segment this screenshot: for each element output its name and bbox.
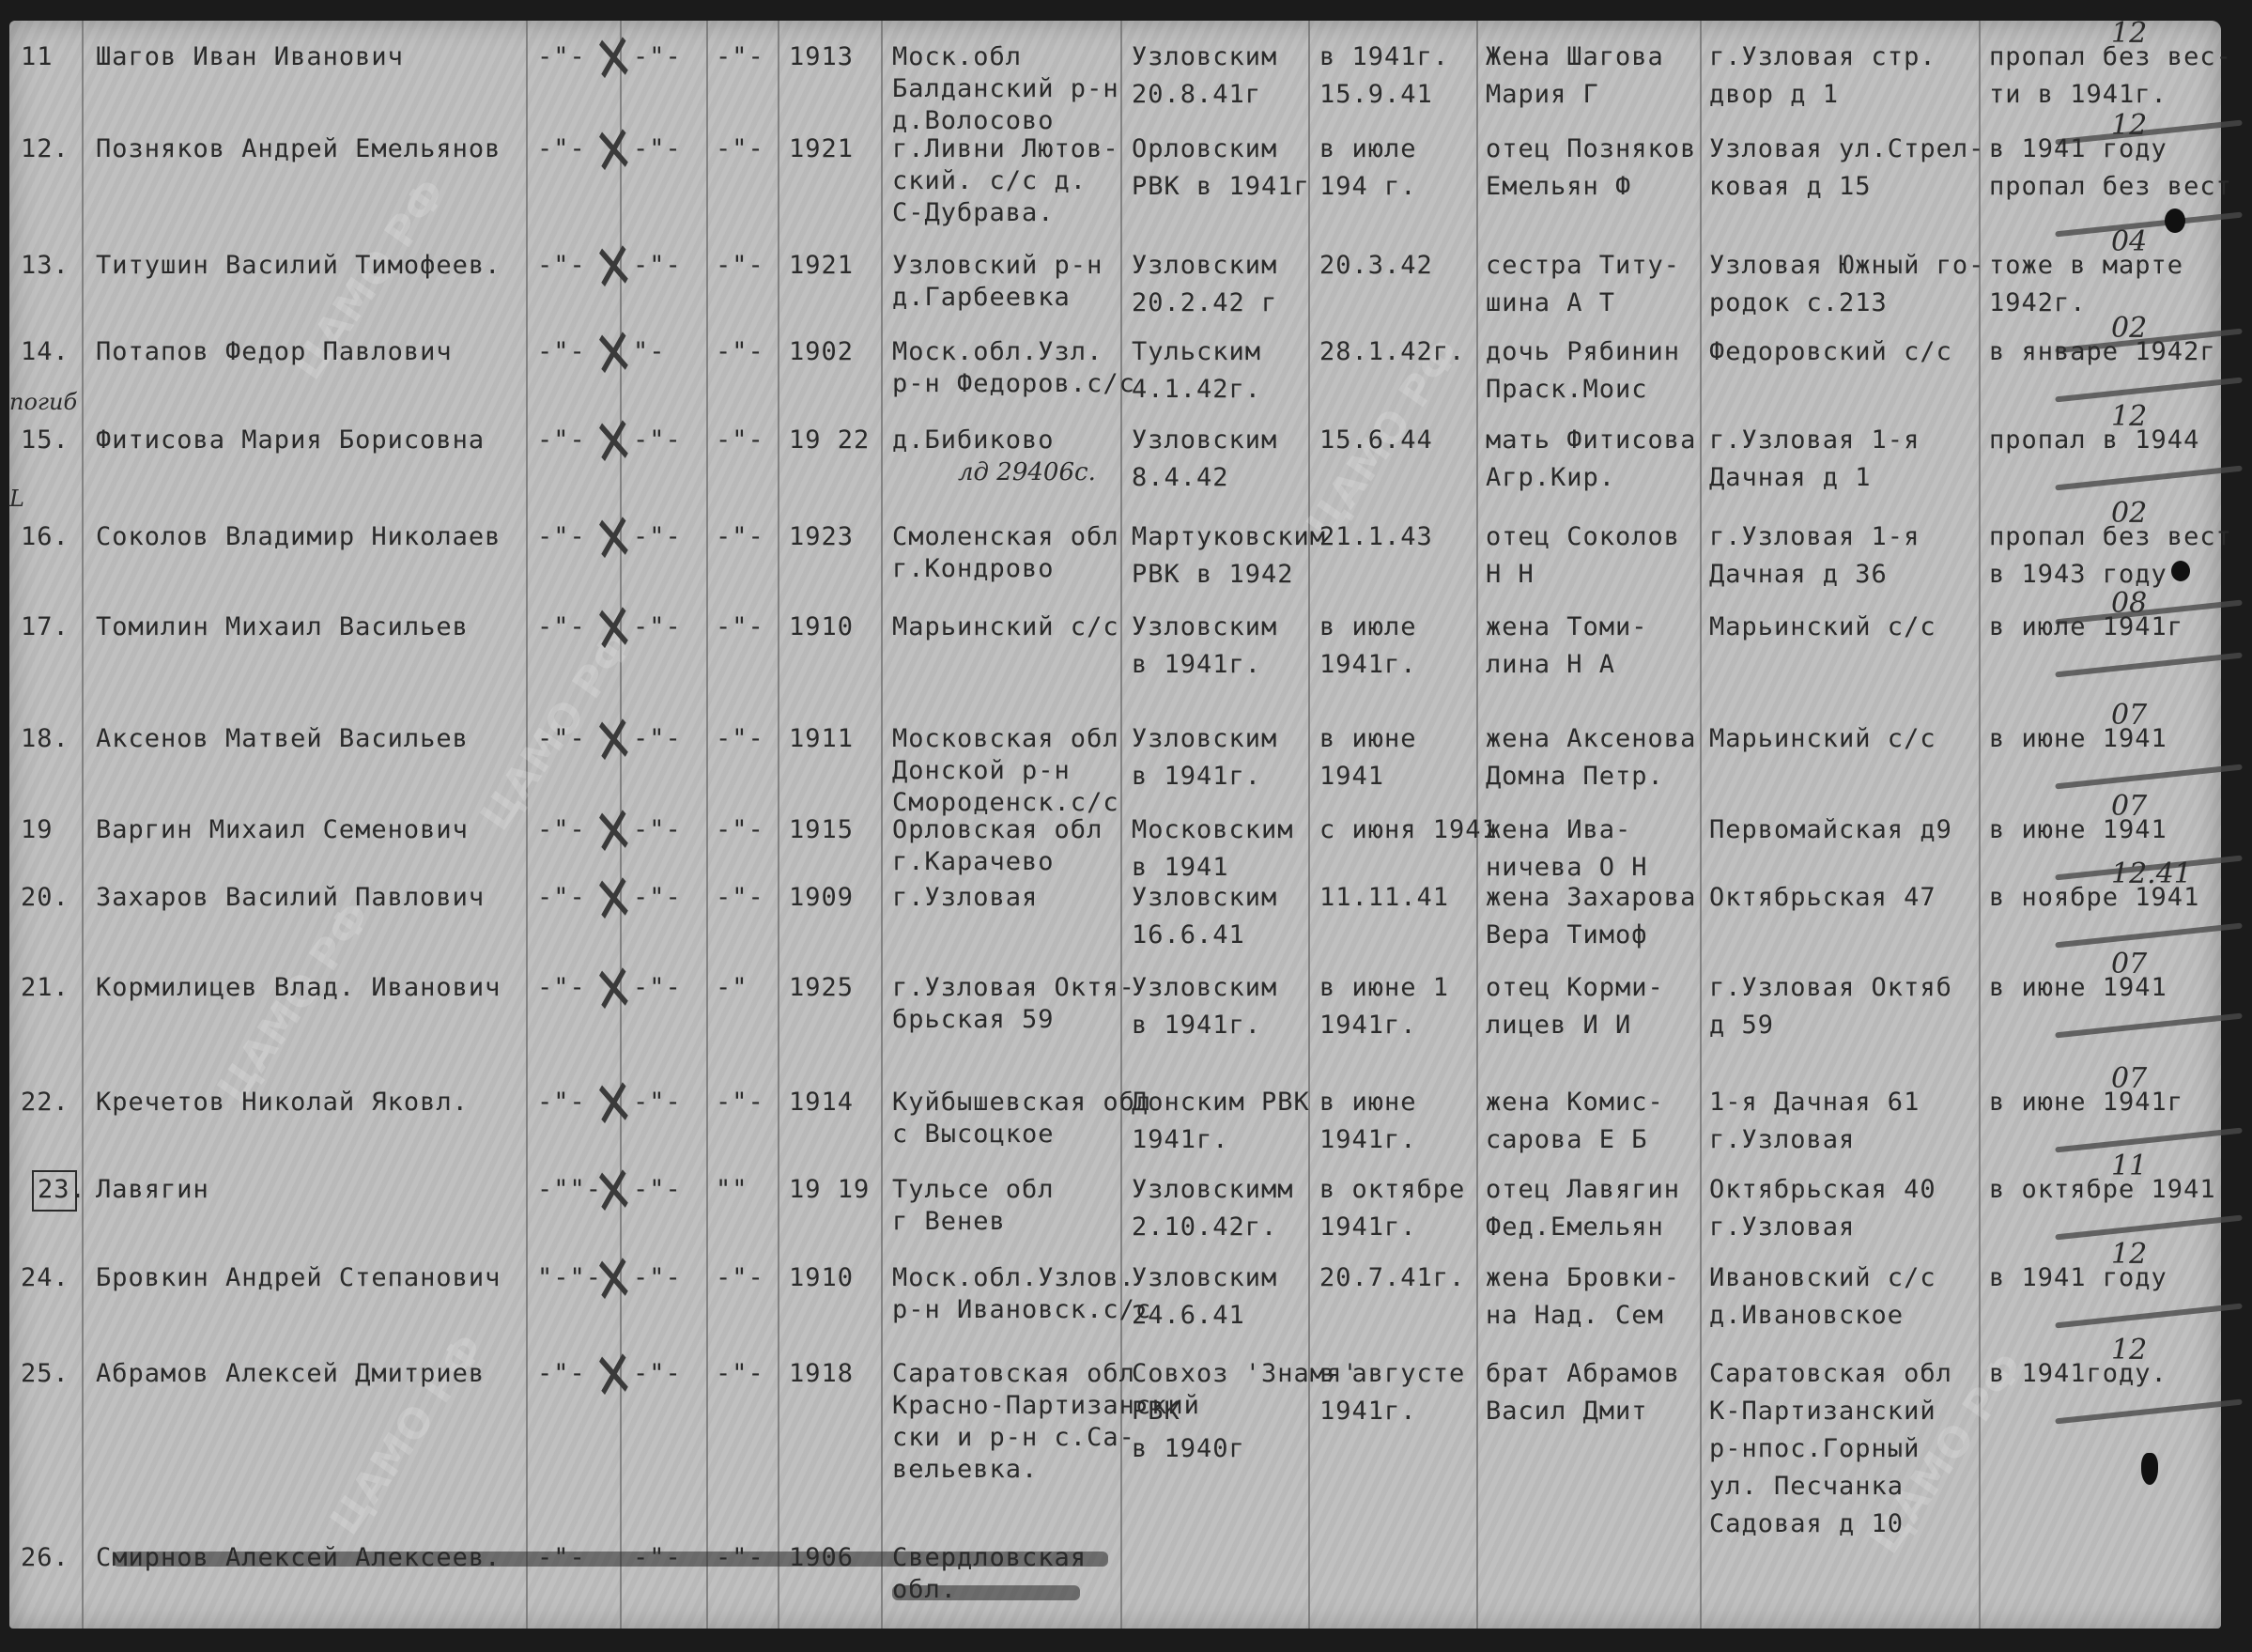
birth-year: 19 22 (789, 426, 870, 455)
birthplace-line: Куйбышевская обл (892, 1088, 1151, 1117)
ditto-mark: "" (716, 1176, 748, 1204)
birthplace-line: Балданский р-н (892, 75, 1119, 103)
ditto-mark: -"- (716, 725, 764, 753)
row-number: 22. (21, 1088, 69, 1117)
drafted-by-line: в 1941г. (1132, 651, 1261, 679)
cross-mark-icon: ✕ (593, 504, 620, 575)
drafted-by-line: РВК в 1941г (1132, 173, 1310, 201)
pencil-underline (2055, 764, 2243, 790)
relative-line: дочь Рябинин (1486, 338, 1680, 366)
ditto-mark: -"- (537, 725, 586, 753)
column-rule (1700, 21, 1702, 1629)
ditto-mark: -"- (716, 613, 764, 641)
birth-year: 1910 (789, 1264, 854, 1292)
drafted-by-line: в 1941 (1132, 854, 1229, 882)
ditto-mark: -"- (537, 1088, 586, 1117)
handwritten-month: 02 (2111, 497, 2147, 530)
row-number: 24. (21, 1264, 69, 1292)
address-line: д.Ивановское (1709, 1302, 1904, 1330)
address-line: Марьинский с/с (1709, 613, 1936, 641)
drafted-by-line: Узловскимм (1132, 1176, 1294, 1204)
ditto-mark: -"- (716, 1088, 764, 1117)
cross-mark-icon: ✕ (593, 594, 620, 665)
fate-line: 1942г. (1989, 289, 2087, 317)
drafted-by-line: в 1941г. (1132, 1011, 1261, 1040)
relative-line: брат Абрамов (1486, 1360, 1680, 1388)
ditto-mark: -"- (716, 135, 764, 163)
drafted-by-line: Узловским (1132, 1264, 1277, 1292)
birthplace-line: вельевка. (892, 1456, 1038, 1484)
birthplace-line: Саратовская обл (892, 1360, 1135, 1388)
drafted-by-line: Узловским (1132, 884, 1277, 912)
row-number: 15. (21, 426, 69, 455)
cross-mark-icon: ✕ (593, 319, 620, 390)
relative-line: Васил Дмит (1486, 1397, 1648, 1426)
relative-line: Агр.Кир. (1486, 464, 1615, 492)
ditto-mark: -"- (537, 338, 586, 366)
birthplace-line: г.Карачево (892, 848, 1055, 876)
drafted-by-line: 8.4.42 (1132, 464, 1229, 492)
date-lost-line: 20.7.41г. (1319, 1264, 1465, 1292)
birthplace-line: брьская 59 (892, 1006, 1055, 1034)
address-line: Федоровский с/с (1709, 338, 1952, 366)
ditto-mark: -"- (716, 816, 764, 844)
ditto-mark: -"- (537, 816, 586, 844)
birthplace-line: ски и р-н с.Са- (892, 1424, 1135, 1452)
ditto-mark: "- (633, 338, 666, 366)
fate-line: ти в 1941г. (1989, 81, 2167, 109)
archive-watermark: ЦАМО РФ (208, 894, 381, 1112)
birth-year: 1923 (789, 523, 854, 551)
paper-hole (2171, 561, 2190, 581)
date-lost-line: 1941г. (1319, 1213, 1417, 1242)
date-lost-line: в июле (1319, 135, 1417, 163)
ditto-mark: -"- (633, 1176, 682, 1204)
ditto-mark: -"- (633, 1264, 682, 1292)
person-name: Варгин Михаил Семенович (96, 816, 469, 844)
birthplace-line: д.Бибиково (892, 426, 1055, 455)
birthplace-line: р-н Ивановск.с/с (892, 1296, 1151, 1324)
pencil-underline (2055, 212, 2243, 238)
ditto-mark: -"- (633, 1360, 682, 1388)
drafted-by-line: 16.6.41 (1132, 921, 1245, 950)
date-lost-line: 28.1.42г. (1319, 338, 1465, 366)
birthplace-line: Моск.обл (892, 43, 1022, 71)
handwritten-month: 12 (2111, 1238, 2147, 1271)
address-line: Октябрьская 40 (1709, 1176, 1936, 1204)
ditto-mark: -"- (716, 426, 764, 455)
handwritten-month: 12.41 (2111, 857, 2192, 890)
date-lost-line: с июня 1941 (1319, 816, 1498, 844)
row-number: 18. (21, 725, 69, 753)
ditto-mark: -"- (633, 974, 682, 1002)
person-name: Потапов Федор Павлович (96, 338, 453, 366)
relative-line: шина А Т (1486, 289, 1615, 317)
ditto-mark: -"- (633, 426, 682, 455)
drafted-by-line: РВК (1132, 1397, 1180, 1426)
drafted-by-line: РВК в 1942 (1132, 561, 1294, 589)
relative-line: мать Фитисова (1486, 426, 1696, 455)
birth-year: 1910 (789, 613, 854, 641)
birth-year: 1915 (789, 816, 854, 844)
ditto-mark: -"- (633, 884, 682, 912)
birthplace-line: д.Гарбеевка (892, 284, 1071, 312)
cross-mark-icon: ✕ (593, 24, 620, 95)
ditto-mark: -"- (633, 523, 682, 551)
birth-year: 1925 (789, 974, 854, 1002)
address-line: г.Узловая Октяб (1709, 974, 1952, 1002)
date-lost-line: в октябре (1319, 1176, 1465, 1204)
drafted-by-line: Тульским (1132, 338, 1261, 366)
cross-mark-icon: ✕ (593, 797, 620, 868)
birthplace-line: с Высоцкое (892, 1120, 1055, 1149)
person-name: Фитисова Мария Борисовна (96, 426, 485, 455)
birthplace-line: г.Ливни Лютов- (892, 135, 1119, 163)
birthplace-line: Моск.обл.Узлов. (892, 1264, 1135, 1292)
ditto-mark: -"- (716, 1360, 764, 1388)
cross-mark-icon: ✕ (593, 408, 620, 478)
row-number: 20. (21, 884, 69, 912)
relative-line: ничева О Н (1486, 854, 1648, 882)
relative-line: жена Бровки- (1486, 1264, 1680, 1292)
date-lost-line: в июне (1319, 725, 1417, 753)
address-line: двор д 1 (1709, 81, 1839, 109)
birthplace-line: Смороденск.с/с (892, 789, 1119, 817)
cross-mark-icon: ✕ (593, 233, 620, 303)
fate-line: в январе 1942г (1989, 338, 2216, 366)
relative-line: отец Позняков (1486, 135, 1696, 163)
handwritten-month: 12 (2111, 1334, 2147, 1366)
address-line: Октябрьская 47 (1709, 884, 1936, 912)
drafted-by-line: Узловским (1132, 725, 1277, 753)
ditto-mark: -"- (716, 884, 764, 912)
date-lost-line: 1941г. (1319, 1011, 1417, 1040)
margin-note: L (9, 486, 24, 512)
address-line: д 59 (1709, 1011, 1774, 1040)
relative-line: Вера Тимоф (1486, 921, 1648, 950)
address-line: Марьинский с/с (1709, 725, 1936, 753)
ditto-mark: -"- (716, 523, 764, 551)
cross-mark-icon: ✕ (593, 706, 620, 777)
relative-line: жена Комис- (1486, 1088, 1664, 1117)
fate-line: в 1943 году (1989, 561, 2167, 589)
address-line: Первомайская д9 (1709, 816, 1952, 844)
ditto-mark: -"- (633, 135, 682, 163)
handwritten-month: 07 (2111, 1062, 2147, 1095)
row-number: 16. (21, 523, 69, 551)
relative-line: Емельян Ф (1486, 173, 1631, 201)
date-lost-line: 15.6.44 (1319, 426, 1433, 455)
drafted-by-line: Узловским (1132, 426, 1277, 455)
birthplace-line: Смоленская обл (892, 523, 1119, 551)
ditto-mark: -"- (537, 252, 586, 280)
relative-line: сестра Титу- (1486, 252, 1680, 280)
drafted-by-line: Московским (1132, 816, 1294, 844)
person-name: Томилин Михаил Васильев (96, 613, 469, 641)
cross-mark-icon: ✕ (593, 865, 620, 935)
relative-line: сарова Е Б (1486, 1126, 1648, 1154)
birthplace-line: г.Кондрово (892, 555, 1055, 583)
relative-line: жена Захарова (1486, 884, 1696, 912)
pencil-underline (2055, 1304, 2243, 1329)
ditto-mark: -"- (537, 135, 586, 163)
drafted-by-line: 20.2.42 г (1132, 289, 1277, 317)
ditto-mark: -"- (537, 613, 586, 641)
paper-hole (2141, 1453, 2158, 1485)
ditto-mark: -"- (716, 252, 764, 280)
drafted-by-line: в 1940г (1132, 1435, 1245, 1463)
birthplace-line: Тульсе обл (892, 1176, 1055, 1204)
address-line: г.Узловая стр. (1709, 43, 1936, 71)
ditto-mark: -"- (633, 725, 682, 753)
fate-line: пропал без вест (1989, 173, 2232, 201)
row-number: 12. (21, 135, 69, 163)
birth-year: 1921 (789, 252, 854, 280)
pencil-underline (2055, 378, 2243, 403)
ditto-mark: -" (716, 974, 748, 1002)
drafted-by-line: Мартуковским (1132, 523, 1326, 551)
date-lost-line: в июне 1 (1319, 974, 1449, 1002)
birthplace-line: г Венев (892, 1208, 1006, 1236)
date-lost-line: 1941г. (1319, 1126, 1417, 1154)
drafted-by-line: 20.8.41г (1132, 81, 1261, 109)
address-line: Ивановский с/с (1709, 1264, 1936, 1292)
fate-line: пропал в 1944 (1989, 426, 2199, 455)
relative-line: Жена Шагова (1486, 43, 1664, 71)
drafted-by-line: 4.1.42г. (1132, 376, 1261, 404)
cross-mark-icon: ✕ (593, 1070, 620, 1140)
birth-year: 1913 (789, 43, 854, 71)
row-number: 13. (21, 252, 69, 280)
birth-year: 1918 (789, 1360, 854, 1388)
ditto-mark: -"- (716, 43, 764, 71)
drafted-by-line: Узловским (1132, 613, 1277, 641)
ditto-mark: -"- (537, 1360, 586, 1388)
ditto-mark: -"- (716, 1264, 764, 1292)
person-name: Кречетов Николай Яковл. (96, 1088, 469, 1117)
birthplace-line: д.Волосово (892, 107, 1055, 135)
relative-line: Домна Петр. (1486, 763, 1664, 791)
address-line: г.Узловая (1709, 1213, 1855, 1242)
handwritten-month: 12 (2111, 17, 2147, 50)
relative-line: отец Лавягин (1486, 1176, 1680, 1204)
address-line: Садовая д 10 (1709, 1510, 1904, 1538)
strikethrough (113, 1552, 1108, 1567)
drafted-by-line: Узловским (1132, 252, 1277, 280)
person-name: Титушин Василий Тимофеев. (96, 252, 501, 280)
handwritten-month: 04 (2111, 225, 2147, 258)
handwritten-month: 08 (2111, 587, 2147, 620)
date-lost-line: 21.1.43 (1319, 523, 1433, 551)
date-lost-line: 11.11.41 (1319, 884, 1449, 912)
fate-line: в июле 1941г (1989, 613, 2183, 641)
cross-mark-icon: ✕ (593, 1157, 620, 1227)
column-rule (82, 21, 84, 1629)
margin-note: погиб (9, 389, 77, 415)
date-lost-line: в июне (1319, 1088, 1417, 1117)
birthplace-line: г.Узловая Октя- (892, 974, 1135, 1002)
address-line: г.Узловая 1-я (1709, 426, 1920, 455)
person-name: Бровкин Андрей Степанович (96, 1264, 501, 1292)
address-line: К-Партизанский (1709, 1397, 1936, 1426)
document-page: ЦАМО РФ ЦАМО РФ ЦАМО РФ ЦАМО РФ ЦАМО РФ … (9, 21, 2221, 1629)
relative-line: жена Ива- (1486, 816, 1631, 844)
drafted-by-line: Орловским (1132, 135, 1277, 163)
birthplace-line: Моск.обл.Узл. (892, 338, 1103, 366)
handwritten-note: лд 29406с. (958, 458, 1096, 486)
date-lost-line: 20.3.42 (1319, 252, 1433, 280)
drafted-by-line: 24.6.41 (1132, 1302, 1245, 1330)
birthplace-line: Московская обл (892, 725, 1119, 753)
date-lost-line: 1941г. (1319, 651, 1417, 679)
address-line: г.Узловая (1709, 1126, 1855, 1154)
birth-year: 1902 (789, 338, 854, 366)
handwritten-month: 07 (2111, 790, 2147, 823)
cross-mark-icon: ✕ (593, 1341, 620, 1412)
birth-year: 1921 (789, 135, 854, 163)
address-line: Саратовская обл (1709, 1360, 1952, 1388)
relative-line: жена Томи- (1486, 613, 1648, 641)
birthplace-line: г.Узловая (892, 884, 1038, 912)
person-name: Соколов Владимир Николаев (96, 523, 501, 551)
fate-line: в октябре 1941 (1989, 1176, 2216, 1204)
drafted-by-line: в 1941г. (1132, 763, 1261, 791)
birth-year: 1909 (789, 884, 854, 912)
handwritten-month: 07 (2111, 948, 2147, 980)
ditto-mark: -"- (537, 884, 586, 912)
pencil-underline (2055, 923, 2243, 949)
relative-line: Фед.Емельян (1486, 1213, 1664, 1242)
pencil-underline (2055, 466, 2243, 491)
address-line: ковая д 15 (1709, 173, 1872, 201)
ditto-mark: -"- (537, 974, 586, 1002)
drafted-by-line: Узловским (1132, 974, 1277, 1002)
pencil-underline (2055, 1013, 2243, 1039)
address-line: родок с.213 (1709, 289, 1888, 317)
relative-line: на Над. Сем (1486, 1302, 1664, 1330)
cross-mark-icon: ✕ (593, 1245, 620, 1316)
pencil-underline (2055, 1128, 2243, 1153)
birthplace-line: Донской р-н (892, 757, 1071, 785)
ditto-mark: -"- (633, 1088, 682, 1117)
fate-line: в июне 1941г (1989, 1088, 2183, 1117)
date-lost-line: в августе (1319, 1360, 1465, 1388)
ditto-mark: -"- (537, 523, 586, 551)
date-lost-line: в июле (1319, 613, 1417, 641)
ditto-mark: -"- (633, 43, 682, 71)
column-rule (706, 21, 708, 1629)
relative-line: лина Н А (1486, 651, 1615, 679)
birth-year: 1911 (789, 725, 854, 753)
birth-year: 1914 (789, 1088, 854, 1117)
ditto-mark: -"- (633, 816, 682, 844)
handwritten-month: 12 (2111, 400, 2147, 433)
person-name: Аксенов Матвей Васильев (96, 725, 469, 753)
relative-line: Мария Г (1486, 81, 1599, 109)
address-line: р-нпос.Горный (1709, 1435, 1920, 1463)
address-line: Узловая Южный го- (1709, 252, 1984, 280)
address-line: Узловая ул.Стрел- (1709, 135, 1984, 163)
ditto-mark: -"- (633, 613, 682, 641)
pencil-underline (2055, 1399, 2243, 1425)
relative-line: Н Н (1486, 561, 1535, 589)
ditto-mark: -"- (716, 338, 764, 366)
relative-line: Праск.Моис (1486, 376, 1648, 404)
handwritten-month: 07 (2111, 699, 2147, 732)
drafted-by-line: Узловским (1132, 43, 1277, 71)
cross-mark-icon: ✕ (593, 116, 620, 187)
address-line: Дачная д 1 (1709, 464, 1872, 492)
ditto-mark: "-"- (537, 1264, 602, 1292)
row-number: 11 (21, 43, 54, 71)
date-lost-line: 1941г. (1319, 1397, 1417, 1426)
person-name: Захаров Василий Павлович (96, 884, 485, 912)
row-number: 25. (21, 1360, 69, 1388)
person-name: Лавягин (96, 1176, 209, 1204)
row-number: 17. (21, 613, 69, 641)
date-lost-line: 194 г. (1319, 173, 1417, 201)
date-lost-line: 15.9.41 (1319, 81, 1433, 109)
birthplace-line: Узловский р-н (892, 252, 1103, 280)
person-name: Абрамов Алексей Дмитриев (96, 1360, 485, 1388)
column-rule (526, 21, 528, 1629)
row-number: 21. (21, 974, 69, 1002)
birthplace-line: ский. с/с д. (892, 167, 1087, 195)
ditto-mark: -"- (633, 252, 682, 280)
drafted-by-line: 1941г. (1132, 1126, 1229, 1154)
person-name: Кормилицев Влад. Иванович (96, 974, 501, 1002)
column-rule (778, 21, 779, 1629)
person-name: Шагов Иван Иванович (96, 43, 404, 71)
ditto-mark: -""- (537, 1176, 602, 1204)
cross-mark-icon: ✕ (593, 955, 620, 1026)
row-number: 14. (21, 338, 69, 366)
drafted-by-line: 2.10.42г. (1132, 1213, 1277, 1242)
date-lost-line: 1941 (1319, 763, 1384, 791)
handwritten-month: 12 (2111, 109, 2147, 142)
row-number-box (32, 1170, 77, 1212)
handwritten-month: 02 (2111, 312, 2147, 345)
birthplace-line: Орловская обл (892, 816, 1103, 844)
relative-line: отец Корми- (1486, 974, 1664, 1002)
handwritten-month: 11 (2111, 1150, 2147, 1182)
column-rule (881, 21, 883, 1629)
birthplace-line: р-н Федоров.с/с (892, 370, 1135, 398)
address-line: г.Узловая 1-я (1709, 523, 1920, 551)
row-number: 26. (21, 1544, 69, 1572)
address-line: 1-я Дачная 61 (1709, 1088, 1920, 1117)
date-lost-line: в 1941г. (1319, 43, 1449, 71)
strikethrough (892, 1585, 1080, 1600)
ditto-mark: -"- (537, 426, 586, 455)
relative-line: лицев И И (1486, 1011, 1631, 1040)
birthplace-line: С-Дубрава. (892, 199, 1055, 227)
drafted-by-line: Донским РВК (1132, 1088, 1310, 1117)
row-number: 19 (21, 816, 54, 844)
paper-hole (2165, 208, 2185, 233)
person-name: Позняков Андрей Емельянов (96, 135, 501, 163)
fate-line: тоже в марте (1989, 252, 2183, 280)
relative-line: отец Соколов (1486, 523, 1680, 551)
relative-line: жена Аксенова (1486, 725, 1696, 753)
pencil-underline (2055, 1215, 2243, 1241)
address-line: ул. Песчанка (1709, 1473, 1904, 1501)
birth-year: 19 19 (789, 1176, 870, 1204)
ditto-mark: -"- (537, 43, 586, 71)
address-line: Дачная д 36 (1709, 561, 1888, 589)
birthplace-line: Марьинский с/с (892, 613, 1119, 641)
pencil-underline (2055, 653, 2243, 678)
